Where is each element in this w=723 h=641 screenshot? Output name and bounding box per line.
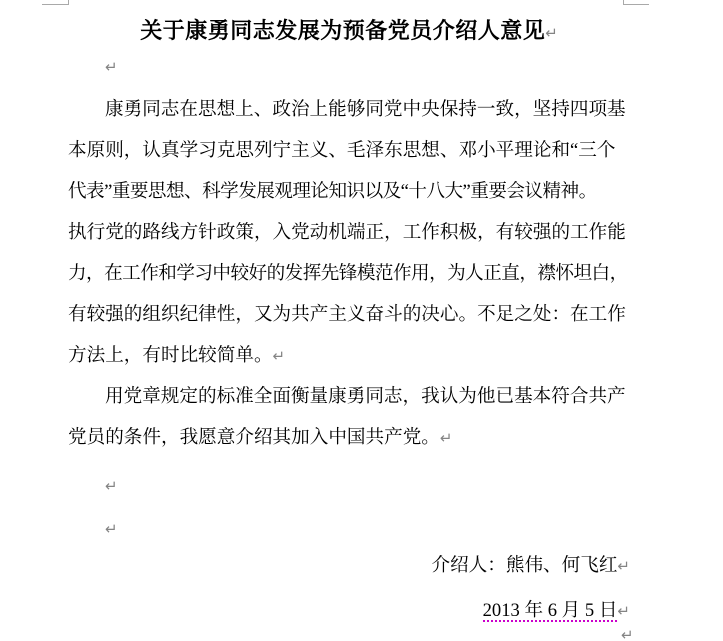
body-line-text: 党员的条件，我愿意介绍其加入中国共产党。 xyxy=(68,427,440,448)
body-line: 党员的条件，我愿意介绍其加入中国共产党。↵ xyxy=(68,425,452,451)
body-line: 有较强的组织纪律性，又为共产主义奋斗的决心。不足之处：在工作 xyxy=(68,302,626,327)
body-line-text: 方法上，有时比较简单。 xyxy=(68,345,273,366)
empty-paragraph: ↵ xyxy=(105,479,118,494)
date-line: 2013 年 6 月 5 日 xyxy=(483,601,618,622)
paragraph-mark-icon: ↵ xyxy=(105,520,118,538)
document-title: 关于康勇同志发展为预备党员介绍人意见 xyxy=(140,18,545,43)
body-line: 本原则，认真学习克思列宁主义、毛泽东思想、邓小平理论和“三个 xyxy=(68,138,615,163)
paragraph-mark-icon: ↵ xyxy=(440,429,453,447)
paragraph-mark-icon: ↵ xyxy=(105,477,118,495)
body-line: 力，在工作和学习中较好的发挥先锋模范作用，为人正直，襟怀坦白， xyxy=(68,261,628,286)
document-page[interactable]: 关于康勇同志发展为预备党员介绍人意见↵ ↵ 康勇同志在思想上、政治上能够同党中央… xyxy=(0,0,723,641)
body-line: 方法上，有时比较简单。↵ xyxy=(68,343,285,369)
body-line: 执行党的路线方针政策，入党动机端正，工作积极，有较强的工作能 xyxy=(68,220,626,245)
body-line: 用党章规定的标准全面衡量康勇同志，我认为他已基本符合共产 xyxy=(68,384,626,409)
paragraph-mark-icon: ↵ xyxy=(621,626,634,641)
signature-row: 介绍人：熊伟、何飞红↵ xyxy=(68,553,630,579)
body-line: 康勇同志在思想上、政治上能够同党中央保持一致，坚持四项基 xyxy=(68,97,626,122)
empty-paragraph: ↵ xyxy=(621,628,634,641)
empty-paragraph: ↵ xyxy=(105,60,118,75)
paragraph-mark-icon: ↵ xyxy=(617,557,630,575)
paragraph-mark-icon: ↵ xyxy=(105,58,118,76)
body-line: 代表”重要思想、科学发展观理论知识以及“十八大”重要会议精神。 xyxy=(68,179,597,204)
signature-line: 介绍人：熊伟、何飞红 xyxy=(431,555,617,576)
date-row: 2013 年 6 月 5 日↵ xyxy=(68,598,630,624)
paragraph-mark-icon: ↵ xyxy=(273,347,286,365)
paragraph-mark-icon: ↵ xyxy=(545,24,558,42)
empty-paragraph: ↵ xyxy=(105,522,118,537)
paragraph-mark-icon: ↵ xyxy=(617,602,630,620)
title-row: 关于康勇同志发展为预备党员介绍人意见↵ xyxy=(68,15,630,50)
